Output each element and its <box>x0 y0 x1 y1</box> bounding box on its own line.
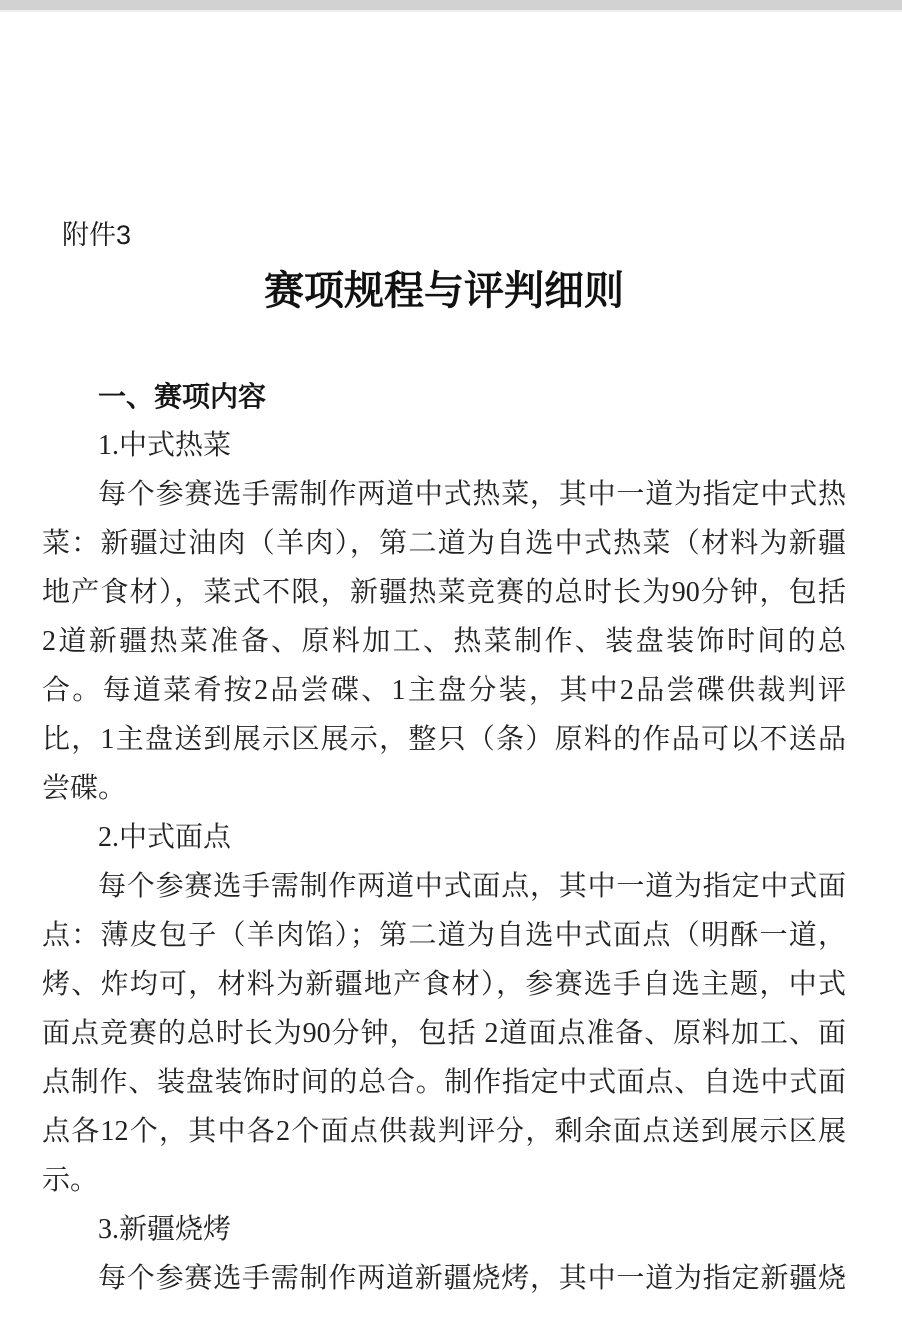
paragraph-line: 每个参赛选手需制作两道新疆烧烤，其中一道为指定新疆烧 <box>42 1254 846 1303</box>
attachment-label: 附件3 <box>42 220 846 250</box>
document-body: 一、赛项内容1.中式热菜每个参赛选手需制作两道中式热菜，其中一道为指定中式热菜：… <box>42 372 846 1303</box>
document-content: 附件3 赛项规程与评判细则 一、赛项内容1.中式热菜每个参赛选手需制作两道中式热… <box>42 0 846 1303</box>
paragraph-line: 每个参赛选手需制作两道中式热菜，其中一道为指定中式热 <box>42 470 846 519</box>
paragraph-line: 示。 <box>42 1156 846 1205</box>
sub-heading: 2.中式面点 <box>42 813 846 862</box>
paragraph-line: 合。每道菜肴按2品尝碟、1主盘分装，其中2品尝碟供裁判评 <box>42 666 846 715</box>
paragraph-line: 点：薄皮包子（羊肉馅）；第二道为自选中式面点（明酥一道， <box>42 911 846 960</box>
paragraph-line: 面点竞赛的总时长为90分钟，包括 2道面点准备、原料加工、面 <box>42 1009 846 1058</box>
paragraph-line: 比，1主盘送到展示区展示，整只（条）原料的作品可以不送品 <box>42 715 846 764</box>
sub-heading: 3.新疆烧烤 <box>42 1205 846 1254</box>
paragraph-line: 烤、炸均可，材料为新疆地产食材），参赛选手自选主题，中式 <box>42 960 846 1009</box>
section-heading: 一、赛项内容 <box>42 372 846 421</box>
sub-heading: 1.中式热菜 <box>42 421 846 470</box>
paragraph-line: 菜：新疆过油肉（羊肉），第二道为自选中式热菜（材料为新疆 <box>42 519 846 568</box>
paragraph-line: 点各12个，其中各2个面点供裁判评分，剩余面点送到展示区展 <box>42 1107 846 1156</box>
paragraph-line: 点制作、装盘装饰时间的总合。制作指定中式面点、自选中式面 <box>42 1058 846 1107</box>
paragraph-line: 地产食材），菜式不限，新疆热菜竞赛的总时长为90分钟，包括 <box>42 568 846 617</box>
paragraph-line: 每个参赛选手需制作两道中式面点，其中一道为指定中式面 <box>42 862 846 911</box>
document-title: 赛项规程与评判细则 <box>42 267 846 314</box>
paragraph-line: 尝碟。 <box>42 764 846 813</box>
document-page: 附件3 赛项规程与评判细则 一、赛项内容1.中式热菜每个参赛选手需制作两道中式热… <box>0 0 902 1339</box>
paragraph-line: 2道新疆热菜准备、原料加工、热菜制作、装盘装饰时间的总 <box>42 617 846 666</box>
